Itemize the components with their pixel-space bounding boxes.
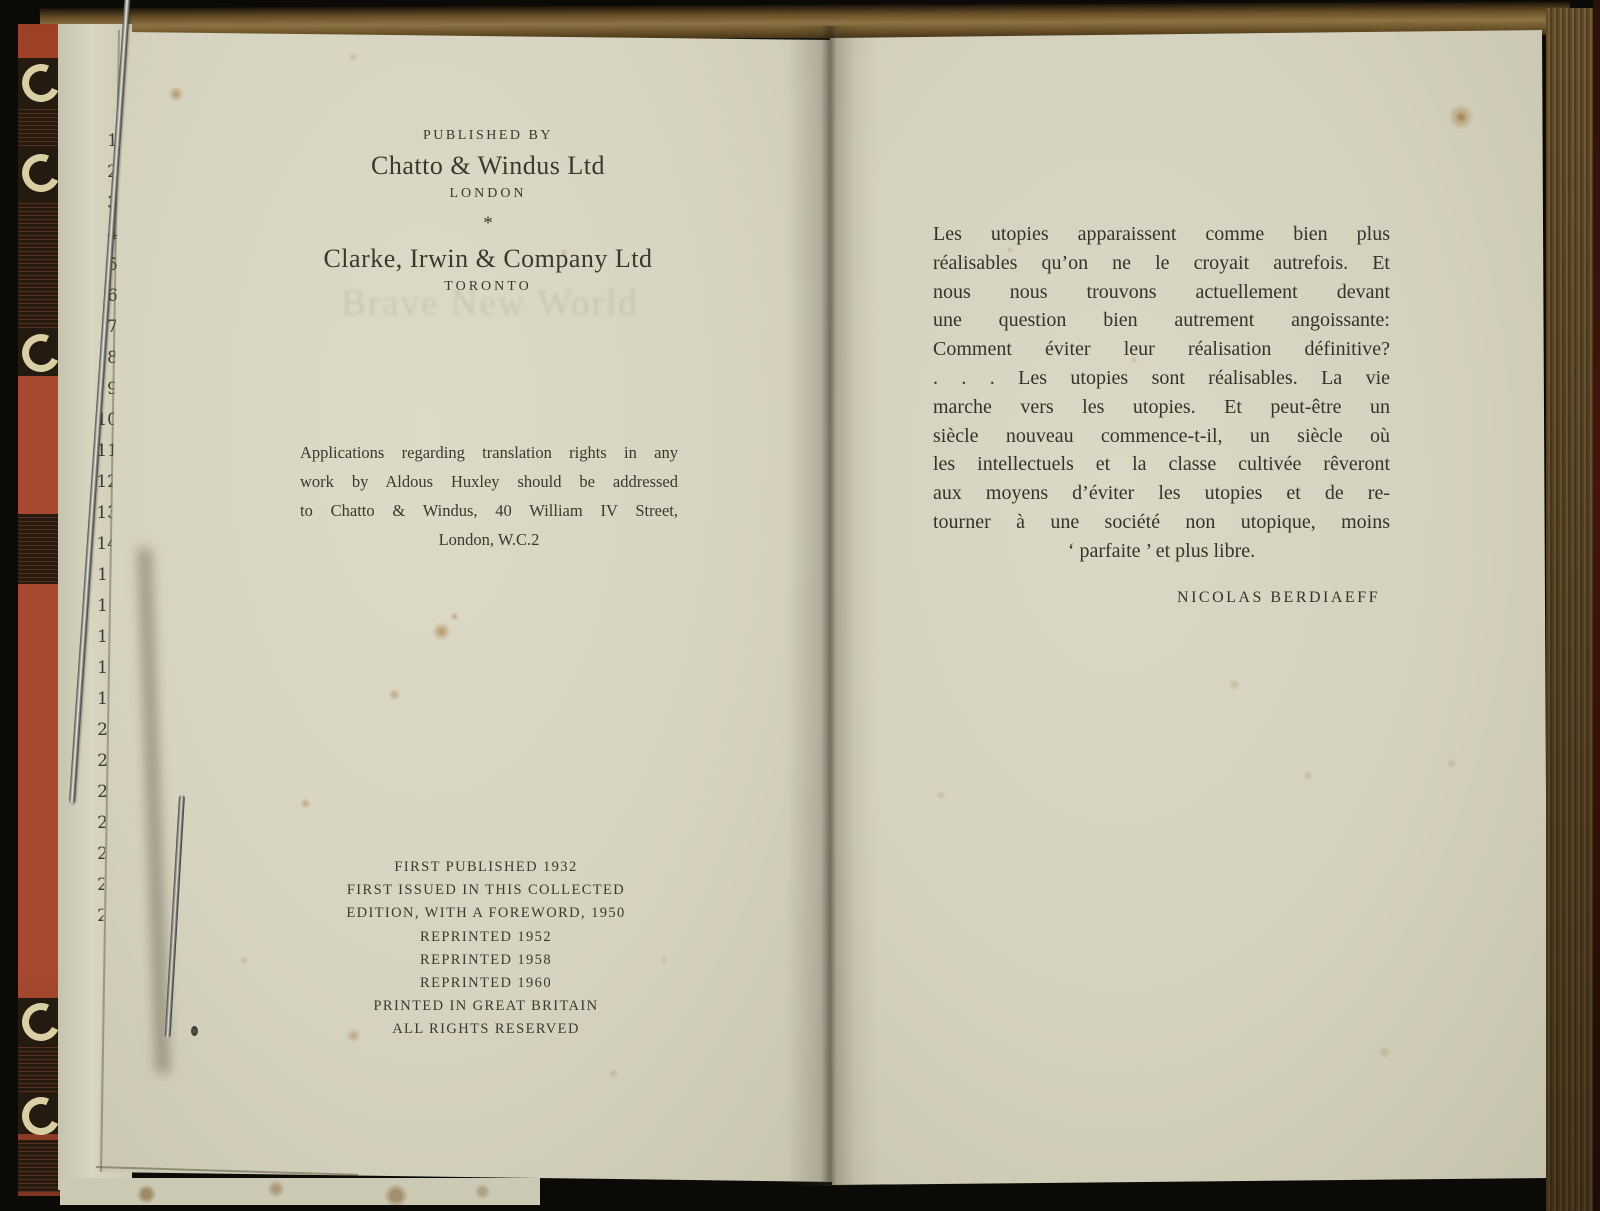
left-page: Brave New World PUBLISHED BY Chatto & Wi… [94, 26, 834, 1182]
publisher-city-2: TORONTO [288, 279, 688, 295]
open-book-photo: 1234567891011121314 111112222222 Brave N… [0, 0, 1600, 1211]
imprint-line: REPRINTED 1958 [306, 949, 666, 972]
published-by-label: PUBLISHED BY [288, 128, 688, 144]
foxing-spot [1446, 758, 1457, 769]
bottom-page-edge-stained [60, 1178, 540, 1205]
foxing-spot [240, 956, 249, 965]
epigraph-line: tourner à une société non utopique, moin… [933, 508, 1390, 537]
asterisk-separator: * [288, 213, 688, 235]
foxing-spot [660, 956, 668, 964]
chapter-number-partial: 2 [88, 746, 108, 777]
publisher-name-1: Chatto & Windus Ltd [288, 151, 688, 181]
chapter-number-partial: 1 [88, 684, 108, 715]
epigraph-line: une question bien autrement angoissante: [933, 306, 1390, 335]
imprint-line: FIRST PUBLISHED 1932 [306, 856, 666, 879]
foxing-spot [346, 1028, 361, 1043]
rights-notice-line: Applications regarding translation right… [300, 438, 678, 467]
imprint-line: EDITION, WITH A FOREWORD, 1950 [306, 902, 666, 925]
chapter-number-partial: 2 [88, 715, 108, 746]
rights-notice-last-line: London, W.C.2 [300, 525, 678, 554]
foxing-spot [168, 86, 184, 102]
foxing-spot [1456, 112, 1467, 123]
rights-notice-line: work by Aldous Huxley should be addresse… [300, 467, 678, 496]
epigraph-line: nous nous trouvons actuellement devant [933, 278, 1390, 307]
epigraph-line: les intellectuels et la classe cultivée … [933, 450, 1390, 479]
publisher-block: PUBLISHED BY Chatto & Windus Ltd LONDON … [288, 128, 688, 306]
foxing-spot [388, 688, 401, 701]
foxing-spot [1228, 678, 1241, 691]
imprint-line: REPRINTED 1952 [306, 926, 666, 949]
imprint-block: FIRST PUBLISHED 1932FIRST ISSUED IN THIS… [306, 856, 666, 1042]
chapter-number-partial: 1 [88, 653, 108, 684]
epigraph-quote: Les utopies apparaissent comme bien plus… [933, 220, 1390, 612]
foxing-spot [450, 612, 459, 621]
epigraph-line: . . . Les utopies sont réalisables. La v… [933, 364, 1390, 393]
epigraph-line: Les utopies apparaissent comme bien plus [933, 220, 1390, 249]
imprint-line: REPRINTED 1960 [306, 972, 666, 995]
epigraph-line: Comment éviter leur réalisation définiti… [933, 335, 1390, 364]
foxing-spot [432, 622, 451, 641]
imprint-line: FIRST ISSUED IN THIS COLLECTED [306, 879, 666, 902]
translation-rights-notice: Applications regarding translation right… [300, 438, 678, 554]
foxing-spot [608, 1068, 619, 1079]
epigraph-line: marche vers les utopies. Et peut-être un [933, 393, 1390, 422]
foxing-spot [348, 52, 358, 62]
right-page: Les utopies apparaissent comme bien plus… [830, 28, 1548, 1185]
foxing-spot [936, 790, 946, 800]
publisher-city-1: LONDON [288, 186, 688, 202]
fore-edge-page-stack [1546, 8, 1595, 1211]
epigraph-line: réalisables qu’on ne le croyait autrefoi… [933, 249, 1390, 278]
foxing-spot [1006, 246, 1014, 254]
foxing-spot [560, 248, 569, 257]
imprint-line: PRINTED IN GREAT BRITAIN [306, 995, 666, 1018]
book-gutter-shadow [786, 26, 878, 1186]
rights-notice-line: to Chatto & Windus, 40 William IV Street… [300, 496, 678, 525]
right-cover-edge [1593, 0, 1600, 1211]
epigraph-attribution: NICOLAS BERDIAEFF [933, 584, 1390, 613]
metal-rod-tip [191, 1026, 198, 1036]
epigraph-last-line: ‘ parfaite ’ et plus libre. [933, 537, 1390, 566]
rights-notice-lines: Applications regarding translation right… [300, 438, 678, 525]
epigraph-line: siècle nouveau commence-t-il, un siècle … [933, 422, 1390, 451]
foxing-spot [300, 798, 311, 809]
epigraph-line: aux moyens d’éviter les utopies et de re… [933, 479, 1390, 508]
foxing-spot [1302, 770, 1313, 781]
chapter-number-partial: 1 [88, 591, 108, 622]
chapter-number-partial: 1 [88, 622, 108, 653]
epigraph-lines: Les utopies apparaissent comme bien plus… [933, 220, 1390, 537]
publisher-name-2: Clarke, Irwin & Company Ltd [288, 244, 688, 274]
foxing-spot [1130, 356, 1138, 364]
foxing-spot [1378, 1046, 1391, 1059]
